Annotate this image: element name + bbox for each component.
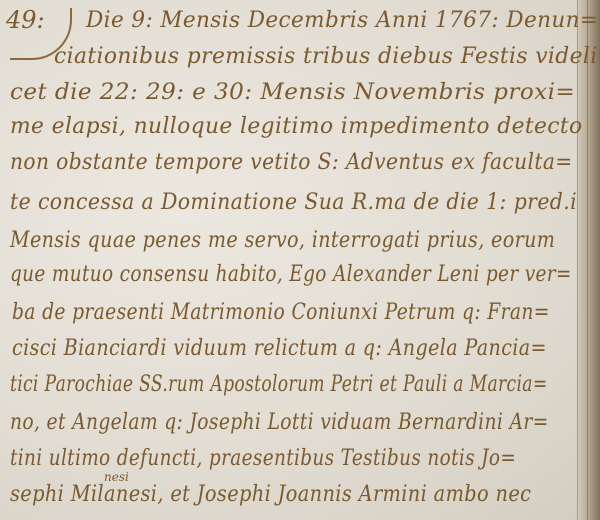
manuscript-line-10: cisci Bianciardi viduum relictum a q: An… (12, 336, 547, 361)
manuscript-line-12: no, et Angelam q: Josephi Lotti viduam B… (10, 410, 549, 435)
manuscript-line-2: ciationibus premissis tribus diebus Fest… (54, 44, 600, 69)
manuscript-line-13: tini ultimo defuncti, praesentibus Testi… (10, 446, 516, 471)
manuscript-line-4: me elapsi, nulloque legitimo impedimento… (10, 114, 583, 139)
manuscript-line-5: non obstante tempore vetito S: Adventus … (10, 150, 573, 175)
book-spine-edge (577, 0, 600, 520)
manuscript-line-3: cet die 22: 29: e 30: Mensis Novembris p… (10, 80, 575, 105)
manuscript-line-14: sephi Milanesi, et Josephi Joannis Armin… (10, 482, 531, 507)
page-gutter-line (587, 0, 588, 520)
entry-number: 49: (6, 6, 45, 34)
manuscript-page: 49: Die 9: Mensis Decembris Anni 1767: D… (0, 0, 600, 520)
manuscript-line-11: tici Parochiae SS.rum Apostolorum Petri … (10, 372, 548, 397)
manuscript-line-6: te concessa a Dominatione Sua R.ma de di… (10, 190, 577, 215)
manuscript-line-7: Mensis quae penes me servo, interrogati … (10, 228, 555, 253)
manuscript-line-1: Die 9: Mensis Decembris Anni 1767: Denun… (86, 8, 598, 33)
manuscript-line-9: ba de praesenti Matrimonio Coniunxi Petr… (12, 300, 550, 325)
manuscript-line-8: que mutuo consensu habito, Ego Alexander… (10, 262, 572, 287)
